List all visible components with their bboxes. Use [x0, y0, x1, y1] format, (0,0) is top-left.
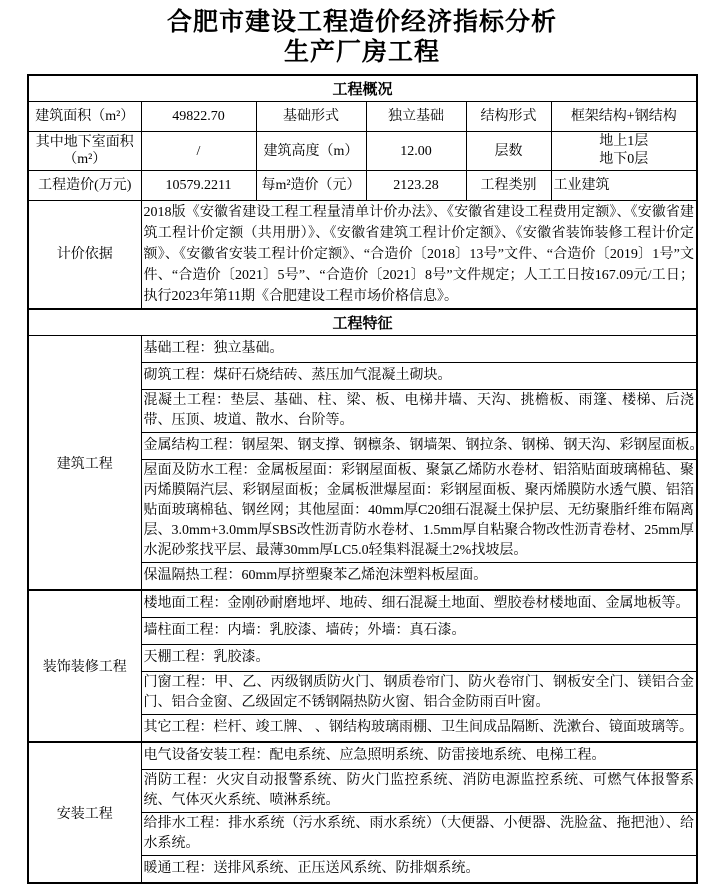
- value-basement-area: /: [141, 132, 256, 171]
- overview-row-3: 工程造价(万元) 10579.2211 每m²造价（元） 2123.28 工程类…: [28, 171, 697, 201]
- feature-item-wall-column: 墙柱面工程：内墙：乳胶漆、墙砖；外墙：真石漆。: [141, 618, 697, 645]
- feature-item-foundation: 基础工程：独立基础。: [141, 336, 697, 363]
- feature-item-insulation: 保温隔热工程：60mm厚挤塑聚苯乙烯泡沫塑料板屋面。: [141, 563, 697, 591]
- document-page: 合肥市建设工程造价经济指标分析 生产厂房工程 工程概况 建筑面积（m²） 498…: [0, 0, 724, 884]
- feature-item-hvac: 暖通工程：送排风系统、正压送风系统、防排烟系统。: [141, 856, 697, 884]
- value-building-height: 12.00: [366, 132, 466, 171]
- section-title-features: 工程特征: [28, 309, 697, 336]
- feature-item-ceiling: 天棚工程：乳胶漆。: [141, 645, 697, 672]
- value-floors-below: 地下0层: [554, 151, 695, 169]
- overview-header-row: 工程概况: [28, 75, 697, 102]
- section-title-overview: 工程概况: [28, 75, 697, 102]
- feature-item-metal-structure: 金属结构工程：钢屋架、钢支撑、钢檩条、钢墙架、钢拉条、钢梯、钢天沟、彩钢屋面板。: [141, 433, 697, 460]
- label-building-area: 建筑面积（m²）: [28, 102, 141, 132]
- value-structure-type: 框架结构+钢结构: [551, 102, 697, 132]
- feature-row: 建筑工程 基础工程：独立基础。: [28, 336, 697, 363]
- overview-row-2: 其中地下室面积（m²） / 建筑高度（m） 12.00 层数 地上1层 地下0层: [28, 132, 697, 171]
- value-foundation-type: 独立基础: [366, 102, 466, 132]
- value-building-area: 49822.70: [141, 102, 256, 132]
- category-installation: 安装工程: [28, 742, 141, 883]
- overview-row-1: 建筑面积（m²） 49822.70 基础形式 独立基础 结构形式 框架结构+钢结…: [28, 102, 697, 132]
- feature-item-plumbing: 给排水工程：排水系统（污水系统、雨水系统）（大便器、小便器、洗脸盆、拖把池）、给…: [141, 813, 697, 856]
- label-building-height: 建筑高度（m）: [256, 132, 366, 171]
- feature-item-roof-waterproof: 屋面及防水工程：金属板屋面：彩钢屋面板、聚氯乙烯防水卷材、铝箔贴面玻璃棉毡、聚丙…: [141, 460, 697, 563]
- feature-item-masonry: 砌筑工程：煤矸石烧结砖、蒸压加气混凝土砌块。: [141, 363, 697, 390]
- label-structure-type: 结构形式: [466, 102, 551, 132]
- document-title-block: 合肥市建设工程造价经济指标分析 生产厂房工程: [0, 0, 724, 68]
- category-decoration: 装饰装修工程: [28, 590, 141, 742]
- indicator-table: 工程概况 建筑面积（m²） 49822.70 基础形式 独立基础 结构形式 框架…: [27, 74, 698, 884]
- feature-item-doors-windows: 门窗工程：甲、乙、丙级钢质防火门、钢质卷帘门、防火卷帘门、钢板安全门、镁铝合金门…: [141, 672, 697, 715]
- document-title: 合肥市建设工程造价经济指标分析: [0, 8, 724, 38]
- label-pricing-basis: 计价依据: [28, 201, 141, 310]
- value-project-cost: 10579.2211: [141, 171, 256, 201]
- feature-item-flooring: 楼地面工程：金刚砂耐磨地坪、地砖、细石混凝土地面、塑胶卷材楼地面、金属地板等。: [141, 590, 697, 618]
- text-pricing-basis: 2018版《安徽省建设工程工程量清单计价办法》、《安徽省建设工程费用定额》、《安…: [141, 201, 697, 310]
- feature-row: 安装工程 电气设备安装工程：配电系统、应急照明系统、防雷接地系统、电梯工程。: [28, 742, 697, 770]
- value-project-category: 工业建筑: [551, 171, 697, 201]
- label-basement-area: 其中地下室面积（m²）: [28, 132, 141, 171]
- feature-item-other: 其它工程：栏杆、竣工牌、 、钢结构玻璃雨棚、卫生间成品隔断、洗漱台、镜面玻璃等。: [141, 715, 697, 743]
- label-floors: 层数: [466, 132, 551, 171]
- label-foundation-type: 基础形式: [256, 102, 366, 132]
- feature-item-concrete: 混凝土工程：垫层、基础、柱、梁、板、电梯井墙、天沟、挑檐板、雨篷、楼梯、后浇带、…: [141, 390, 697, 433]
- label-project-category: 工程类别: [466, 171, 551, 201]
- pricing-basis-row: 计价依据 2018版《安徽省建设工程工程量清单计价办法》、《安徽省建设工程费用定…: [28, 201, 697, 310]
- feature-item-fire-protection: 消防工程：火灾自动报警系统、防火门监控系统、消防电源监控系统、可燃气体报警系统、…: [141, 770, 697, 813]
- features-header-row: 工程特征: [28, 309, 697, 336]
- label-project-cost: 工程造价(万元): [28, 171, 141, 201]
- value-floors-above: 地上1层: [554, 133, 695, 151]
- document-subtitle: 生产厂房工程: [0, 38, 724, 68]
- value-cost-per-sqm: 2123.28: [366, 171, 466, 201]
- value-floors: 地上1层 地下0层: [551, 132, 697, 171]
- feature-item-electrical: 电气设备安装工程：配电系统、应急照明系统、防雷接地系统、电梯工程。: [141, 742, 697, 770]
- category-architecture: 建筑工程: [28, 336, 141, 591]
- feature-row: 装饰装修工程 楼地面工程：金刚砂耐磨地坪、地砖、细石混凝土地面、塑胶卷材楼地面、…: [28, 590, 697, 618]
- label-cost-per-sqm: 每m²造价（元）: [256, 171, 366, 201]
